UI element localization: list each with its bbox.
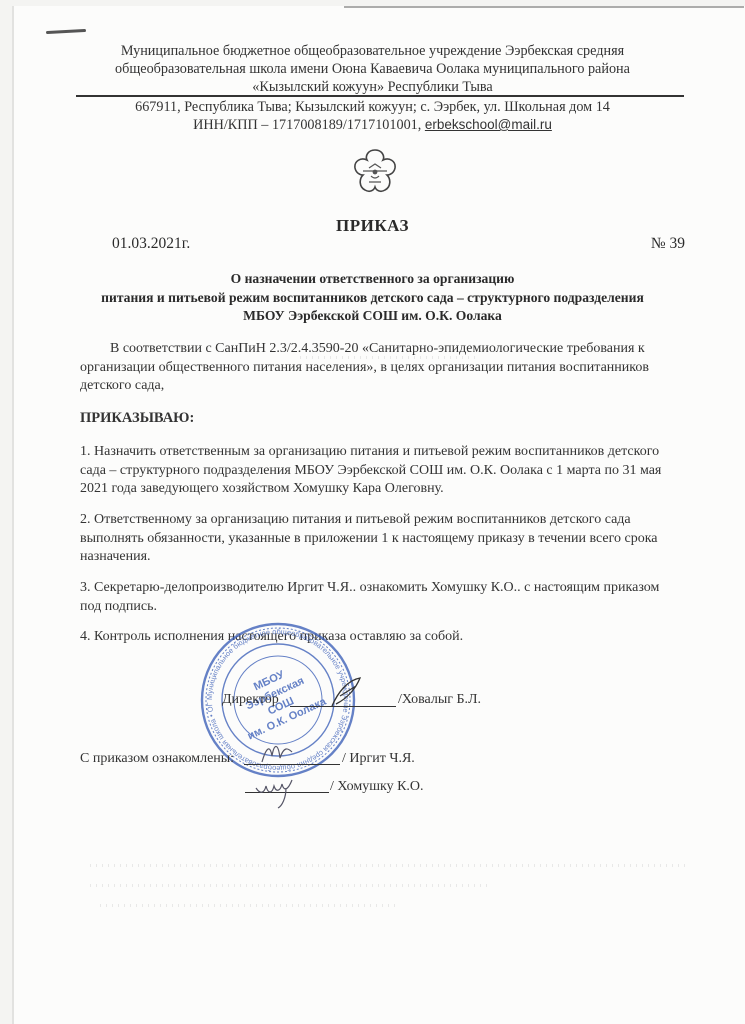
letterhead-divider	[76, 95, 684, 97]
email-link[interactable]: erbekschool@mail.ru	[425, 117, 552, 132]
document-title: ПРИКАЗ	[0, 216, 745, 236]
acknowledged-label: С приказом ознакомлены:	[80, 751, 234, 767]
letterhead: Муниципальное бюджетное общеобразователь…	[0, 42, 745, 96]
order-item: 1. Назначить ответственным за организаци…	[80, 443, 680, 499]
republic-emblem-icon	[349, 146, 401, 198]
subject-line: О назначении ответственного за организац…	[0, 270, 745, 289]
acknowledged-name: / Иргит Ч.Я.	[342, 751, 415, 767]
order-item: 4. Контроль исполнения настоящего приказ…	[80, 628, 680, 647]
institution-line: общеобразовательная школа имени Оюна Кав…	[0, 60, 745, 78]
address-line: 667911, Республика Тыва; Кызылский кожуу…	[0, 98, 745, 116]
scan-noise	[90, 864, 690, 867]
scan-edge	[344, 6, 744, 8]
director-name: /Ховалыг Б.Л.	[398, 692, 481, 708]
subject-line: питания и питьевой режим воспитанников д…	[0, 289, 745, 308]
scan-noise	[90, 884, 490, 887]
inn-text: ИНН/КПП – 1717008189/1717101001,	[193, 117, 425, 133]
khomushku-signature	[252, 772, 312, 810]
order-item: 3. Секретарю-делопроизводителю Иргит Ч.Я…	[80, 579, 680, 616]
order-item: 2. Ответственному за организацию питания…	[80, 511, 680, 567]
irgit-signature	[258, 738, 298, 768]
inn-line: ИНН/КПП – 1717008189/1717101001, erbeksc…	[0, 116, 745, 134]
acknowledged-name: / Хомушку К.О.	[330, 779, 424, 795]
scan-noise	[300, 356, 480, 359]
director-label: Директор	[222, 692, 279, 708]
order-heading: ПРИКАЗЫВАЮ:	[80, 409, 680, 428]
scan-noise	[100, 904, 400, 907]
document-date: 01.03.2021г.	[112, 235, 190, 253]
director-signature	[326, 672, 366, 712]
subject-line: МБОУ Ээрбекской СОШ им. О.К. Оолака	[0, 307, 745, 326]
institution-line: Муниципальное бюджетное общеобразователь…	[0, 42, 745, 60]
document-subject: О назначении ответственного за организац…	[0, 270, 745, 326]
institution-line: «Кызылский кожуун» Республики Тыва	[0, 78, 745, 96]
intro-paragraph: В соответствии с СанПиН 2.3/2.4.3590-20 …	[80, 340, 680, 396]
address-block: 667911, Республика Тыва; Кызылский кожуу…	[0, 98, 745, 134]
document-number: № 39	[651, 235, 685, 253]
